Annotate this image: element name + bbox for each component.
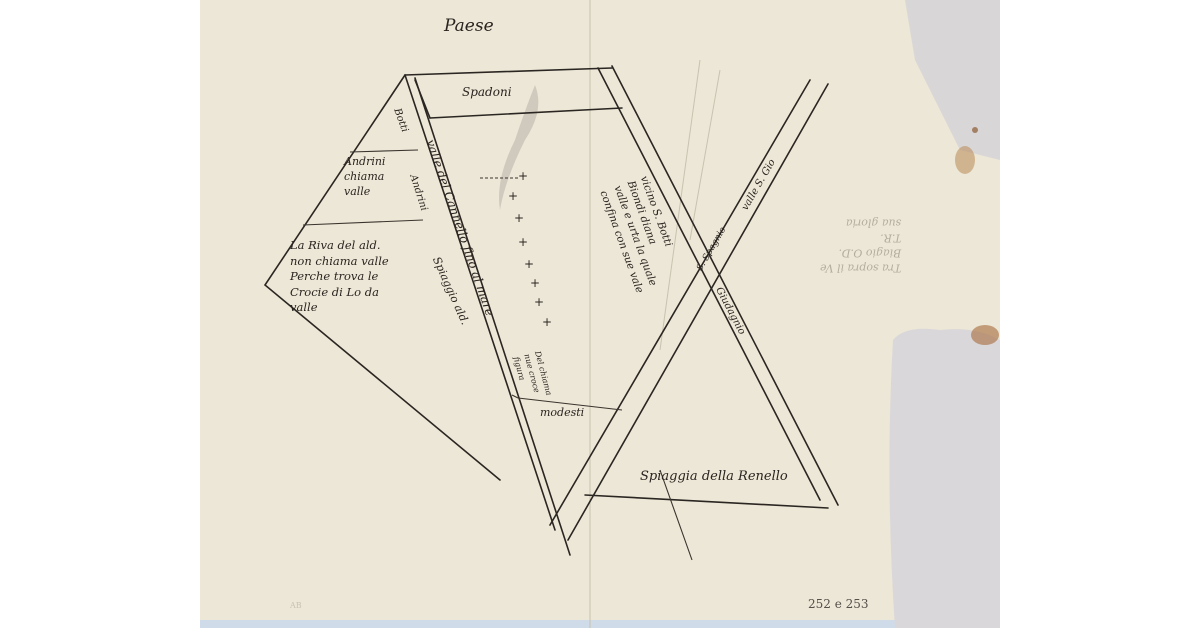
division-line: [512, 395, 518, 398]
cross-marker: +: [534, 296, 544, 308]
map-drawing: [0, 0, 1200, 628]
cross-marker: +: [518, 170, 528, 182]
faint-pencil-line: [660, 60, 700, 350]
stain: [972, 127, 978, 133]
label-andrini-chiama-valle: Andrini chiama valle: [344, 155, 385, 200]
cross-marker: +: [530, 277, 540, 289]
cross-marker: +: [542, 316, 552, 328]
torn-paper-area-lower: [889, 329, 1000, 628]
label-spadoni: Spadoni: [462, 86, 512, 98]
label-la-riva: La Riva del ald. non chiama valle Perche…: [290, 238, 389, 316]
faint-stamp: AB: [290, 602, 302, 610]
cross-marker: +: [514, 212, 524, 224]
cross-marker: +: [508, 190, 518, 202]
cross-marker: +: [524, 258, 534, 270]
label-modesti: modesti: [540, 407, 584, 418]
renello-bottom-edge: [585, 495, 828, 508]
faint-pencil-line: [690, 70, 720, 240]
diagonal-road-b-left: [550, 80, 810, 525]
pencil-note-inverted: Tra sopra il Ve Biagio O.D. T.R. sua glo…: [820, 215, 901, 274]
stain: [971, 325, 999, 345]
spadoni-top-edge: [405, 68, 612, 75]
catalog-number: 252 e 253: [808, 598, 869, 610]
division-line: [350, 150, 418, 152]
stain: [955, 146, 975, 174]
cross-marker: +: [518, 236, 528, 248]
ink-smudge: [499, 85, 538, 210]
division-line: [303, 220, 423, 225]
label-spiaggia-renello: Spiaggia della Renello: [640, 470, 788, 483]
label-paese: Paese: [444, 18, 494, 35]
torn-paper-area: [905, 0, 1000, 160]
